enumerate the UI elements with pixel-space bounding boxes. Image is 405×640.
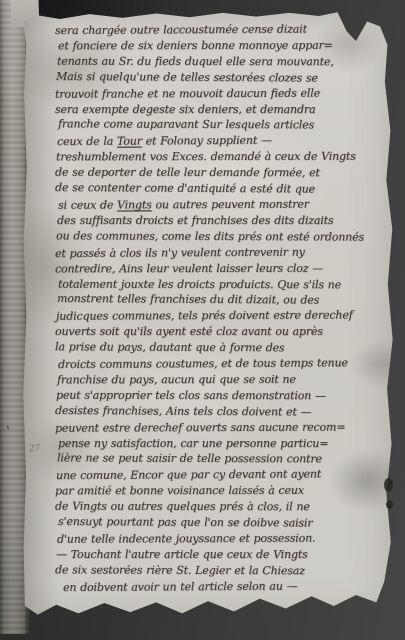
text-line: de six sestorées rière St. Legier et la … [55, 562, 393, 579]
text-line: pense ny satisfaction, car une personne … [58, 436, 393, 452]
text-line: une comune, Encor que par cy devant ont … [56, 466, 393, 484]
manuscript-page: sera chargée outre laccoustumée cense di… [23, 8, 393, 622]
text-line: treshumblement vos Exces. demandé à ceux… [56, 149, 393, 166]
text-line: par amitié et bonne voisinance laissés à… [55, 483, 393, 500]
text-line: en doibvent avoir un tel article selon a… [63, 578, 393, 596]
text-line: de se contenter come d'antiquité a esté … [55, 180, 393, 198]
photo-background: sera chargée outre laccoustumée cense di… [0, 0, 405, 640]
text-line: tenants au Sr. du fieds duquel elle sera… [57, 53, 393, 70]
text-line: si ceux de Vingts ou autres peuvent mons… [58, 196, 393, 213]
text-line: droicts communs coustumes, et de tous te… [58, 355, 393, 373]
text-line: — Touchant l'autre article que ceux de V… [56, 547, 393, 563]
text-line: de se deporter de telle leur demande for… [55, 165, 393, 182]
text-line: franchise du pays, aucun qui que se soit… [57, 372, 393, 389]
margin-scribble-mark: 27 [28, 443, 41, 454]
text-line: ouverts soit qu'ils ayent esté cloz avan… [55, 324, 393, 340]
text-line: contredire, Ains leur veulent laisser le… [55, 260, 393, 277]
text-line: peuvent estre derechef ouverts sans aucu… [55, 419, 393, 436]
text-line: sera chargée outre laccoustumée cense di… [55, 21, 393, 39]
text-line: totalement jouxte les droicts produicts.… [58, 276, 393, 293]
text-line: et fonciere de six deniers bonne monnoye… [58, 38, 393, 55]
handwritten-text: sera chargée outre laccoustumée cense di… [55, 22, 393, 595]
insertion-caret-mark: ˇ [134, 13, 140, 26]
text-line: trouvoit franche et ne mouvoit daucun fi… [55, 85, 393, 102]
text-line: desistes franchises, Ains tels clos doiv… [55, 403, 393, 421]
text-line: des suffisants droicts et franchises des… [57, 213, 393, 229]
text-line: s'ensuyt pourtant pas que l'on se doibve… [58, 514, 393, 532]
text-line: ou des communes, come les dits prés ont … [56, 228, 393, 245]
text-line: judicques communes, tels prés doivent es… [56, 308, 393, 325]
text-line: et passés à clos ils n'y veulent contrev… [55, 244, 393, 262]
text-line: Mais si quelqu'une de telles sestorées c… [56, 69, 393, 87]
text-line: ceux de la Tour et Folonay supplient — [57, 132, 393, 150]
text-line: la prise du pays, dautant que à forme de… [55, 339, 393, 356]
text-line: de Vingts ou autres quelques prés à clos… [55, 499, 393, 516]
torn-edge-nick [384, 478, 393, 492]
text-line: d'une telle indecente jouyssance et poss… [57, 530, 393, 547]
torn-edge-nick [386, 500, 393, 509]
text-line: peut s'approprier tels clos sans demonst… [56, 387, 393, 404]
text-line: sera exempte degeste six deniers, et dem… [55, 102, 393, 118]
